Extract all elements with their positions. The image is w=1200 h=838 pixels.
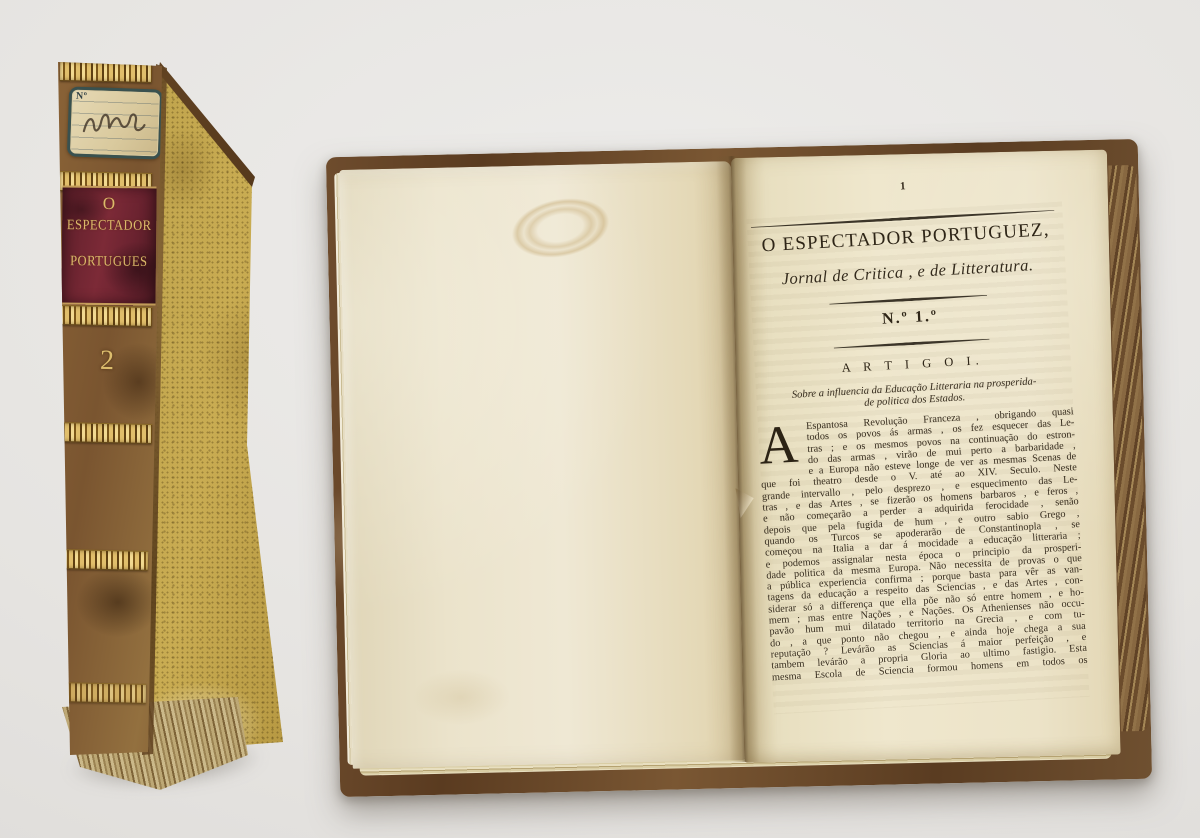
handwritten-number	[76, 102, 149, 148]
title-page-text-block: 1 O ESPECTADOR PORTUGUEZ, Jornal de Crit…	[744, 162, 1091, 745]
ink-stain	[495, 182, 626, 274]
spine-gold-band-3	[60, 305, 152, 327]
spine-gold-band-4	[60, 422, 152, 444]
spine-volume-number: 2	[62, 344, 153, 378]
spine-catalog-label: Nº	[67, 86, 163, 159]
printed-rule-lower	[834, 338, 990, 350]
spine-title-line-1: O	[103, 194, 116, 214]
catalog-label-prefix: Nº	[76, 91, 88, 102]
photo-stage: Nº O ESPECTADOR PORTUGUES 2	[0, 0, 1200, 838]
issue-number: N.º 1.º	[752, 300, 1069, 336]
spine-title-line-3: PORTUGUES	[70, 252, 148, 270]
spine-title-label: O ESPECTADOR PORTUGUES	[61, 186, 156, 306]
article-body: AEspantosa Revolução Franceza , obrigand…	[758, 406, 1088, 683]
spine-title-line-2: ESPECTADOR	[67, 216, 152, 234]
spine-gold-band-5	[64, 549, 148, 571]
closed-book: Nº O ESPECTADOR PORTUGUES 2	[40, 55, 300, 815]
printed-rule-middle	[829, 294, 987, 306]
drop-cap: A	[758, 422, 802, 467]
open-book-left-page	[339, 161, 744, 769]
spine-gold-band-head	[60, 61, 152, 83]
masthead-subtitle: Jornal de Critica , e de Litteratura.	[749, 253, 1066, 291]
page-number: 1	[745, 172, 1061, 202]
spine-gold-band-tail	[66, 682, 146, 704]
faint-stain	[390, 656, 532, 739]
open-book: 1 O ESPECTADOR PORTUGUEZ, Jornal de Crit…	[326, 139, 1152, 797]
open-book-right-page: 1 O ESPECTADOR PORTUGUEZ, Jornal de Crit…	[731, 150, 1121, 763]
